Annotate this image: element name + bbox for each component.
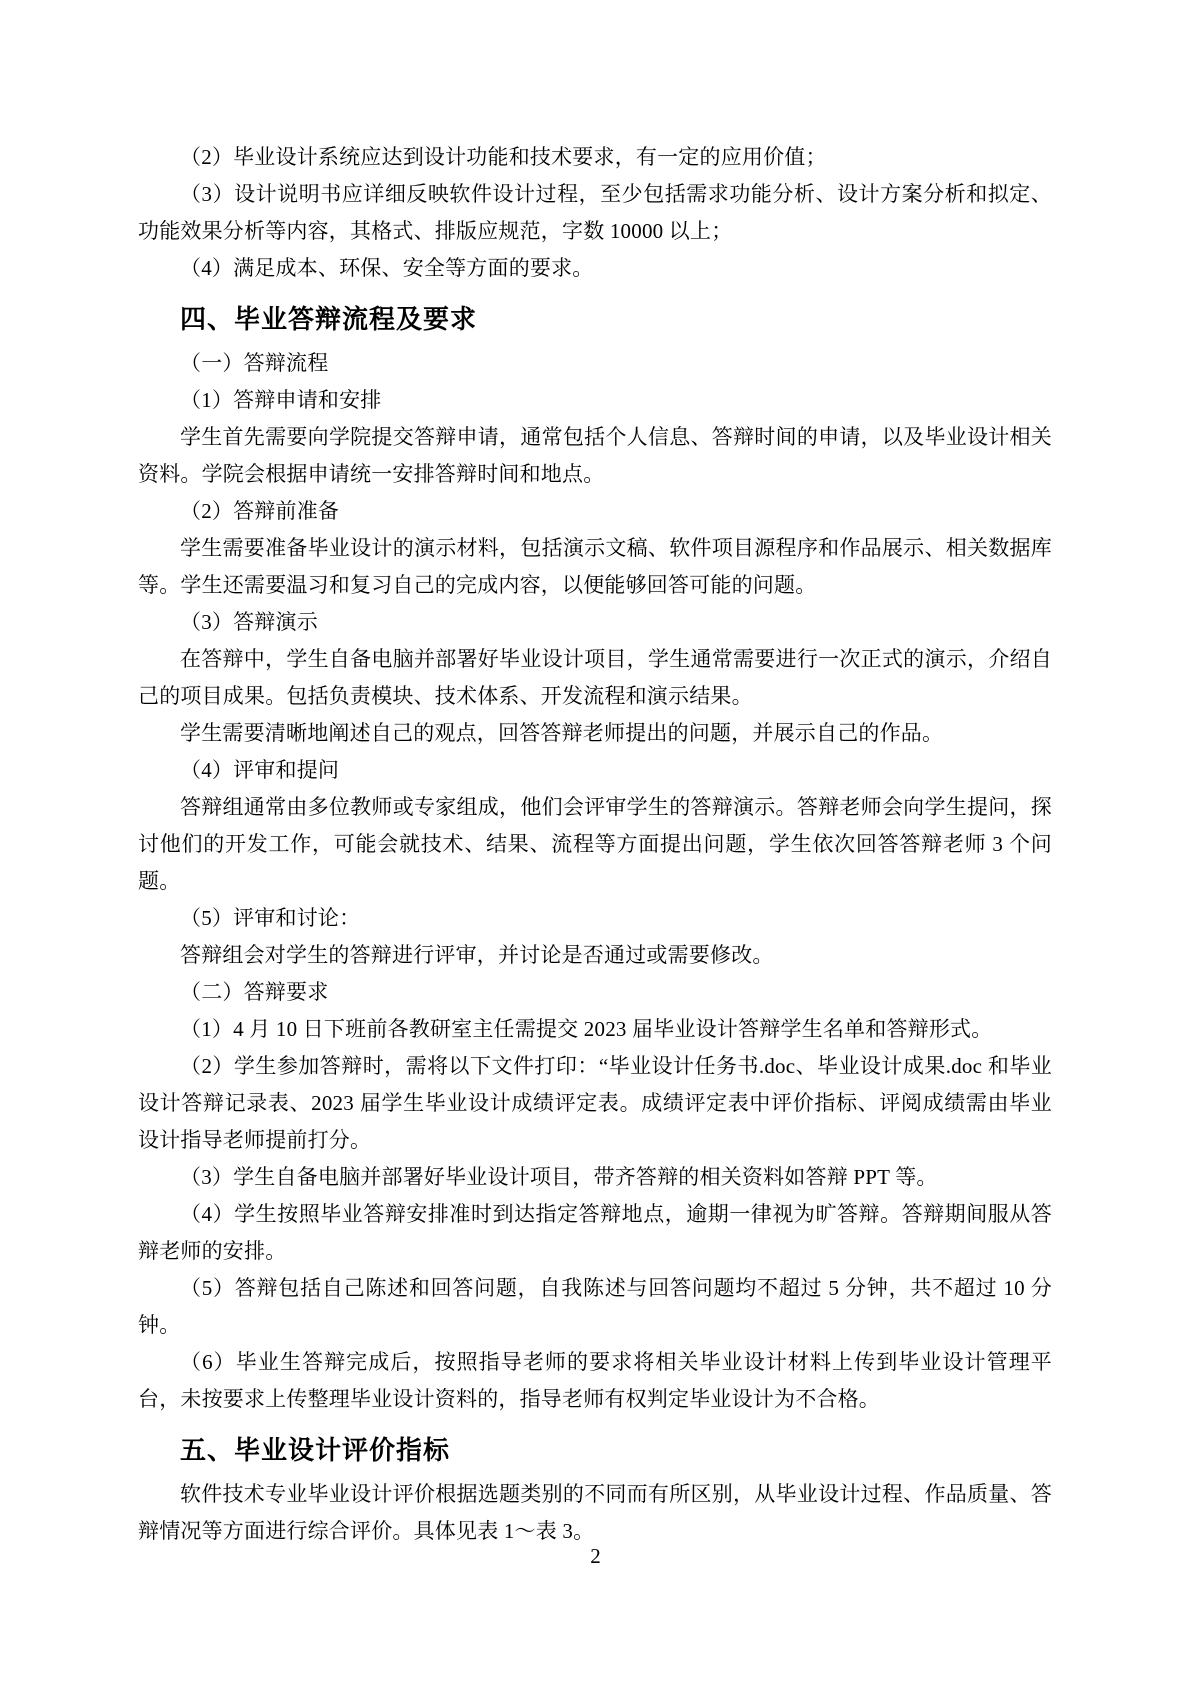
paragraph: （二）答辩要求 xyxy=(138,974,1052,1011)
document-page: （2）毕业设计系统应达到设计功能和技术要求，有一定的应用价值；（3）设计说明书应… xyxy=(0,0,1191,1684)
document-content: （2）毕业设计系统应达到设计功能和技术要求，有一定的应用价值；（3）设计说明书应… xyxy=(138,139,1052,1550)
paragraph: 学生需要清晰地阐述自己的观点，回答答辩老师提出的问题，并展示自己的作品。 xyxy=(138,715,1052,752)
page-number: 2 xyxy=(590,1544,601,1568)
paragraph: （4）满足成本、环保、安全等方面的要求。 xyxy=(138,250,1052,287)
paragraph: （4）学生按照毕业答辩安排准时到达指定答辩地点，逾期一律视为旷答辩。答辩期间服从… xyxy=(138,1196,1052,1270)
paragraph: （2）学生参加答辩时，需将以下文件打印：“毕业设计任务书.doc、毕业设计成果.… xyxy=(138,1048,1052,1159)
paragraph: （5）答辩包括自己陈述和回答问题，自我陈述与回答问题均不超过 5 分钟，共不超过… xyxy=(138,1270,1052,1344)
paragraph: （一）答辩流程 xyxy=(138,345,1052,382)
section-heading: 四、毕业答辩流程及要求 xyxy=(138,298,1052,340)
paragraph: （2）毕业设计系统应达到设计功能和技术要求，有一定的应用价值； xyxy=(138,139,1052,176)
section-heading: 五、毕业设计评价指标 xyxy=(138,1429,1052,1471)
paragraph: （6）毕业生答辩完成后，按照指导老师的要求将相关毕业设计材料上传到毕业设计管理平… xyxy=(138,1344,1052,1418)
paragraph: （1）4 月 10 日下班前各教研室主任需提交 2023 届毕业设计答辩学生名单… xyxy=(138,1011,1052,1048)
paragraph: 在答辩中，学生自备电脑并部署好毕业设计项目，学生通常需要进行一次正式的演示，介绍… xyxy=(138,641,1052,715)
paragraph: （4）评审和提问 xyxy=(138,752,1052,789)
paragraph: （2）答辩前准备 xyxy=(138,493,1052,530)
paragraph: （3）设计说明书应详细反映软件设计过程，至少包括需求功能分析、设计方案分析和拟定… xyxy=(138,176,1052,250)
paragraph: （3）学生自备电脑并部署好毕业设计项目，带齐答辩的相关资料如答辩 PPT 等。 xyxy=(138,1159,1052,1196)
paragraph: 学生需要准备毕业设计的演示材料，包括演示文稿、软件项目源程序和作品展示、相关数据… xyxy=(138,530,1052,604)
paragraph: 软件技术专业毕业设计评价根据选题类别的不同而有所区别，从毕业设计过程、作品质量、… xyxy=(138,1476,1052,1550)
paragraph: （1）答辩申请和安排 xyxy=(138,382,1052,419)
page-footer: 2 xyxy=(0,1541,1191,1571)
paragraph: （3）答辩演示 xyxy=(138,604,1052,641)
paragraph: 答辩组通常由多位教师或专家组成，他们会评审学生的答辩演示。答辩老师会向学生提问，… xyxy=(138,789,1052,900)
paragraph: 答辩组会对学生的答辩进行评审，并讨论是否通过或需要修改。 xyxy=(138,937,1052,974)
paragraph: 学生首先需要向学院提交答辩申请，通常包括个人信息、答辩时间的申请，以及毕业设计相… xyxy=(138,419,1052,493)
paragraph: （5）评审和讨论： xyxy=(138,900,1052,937)
